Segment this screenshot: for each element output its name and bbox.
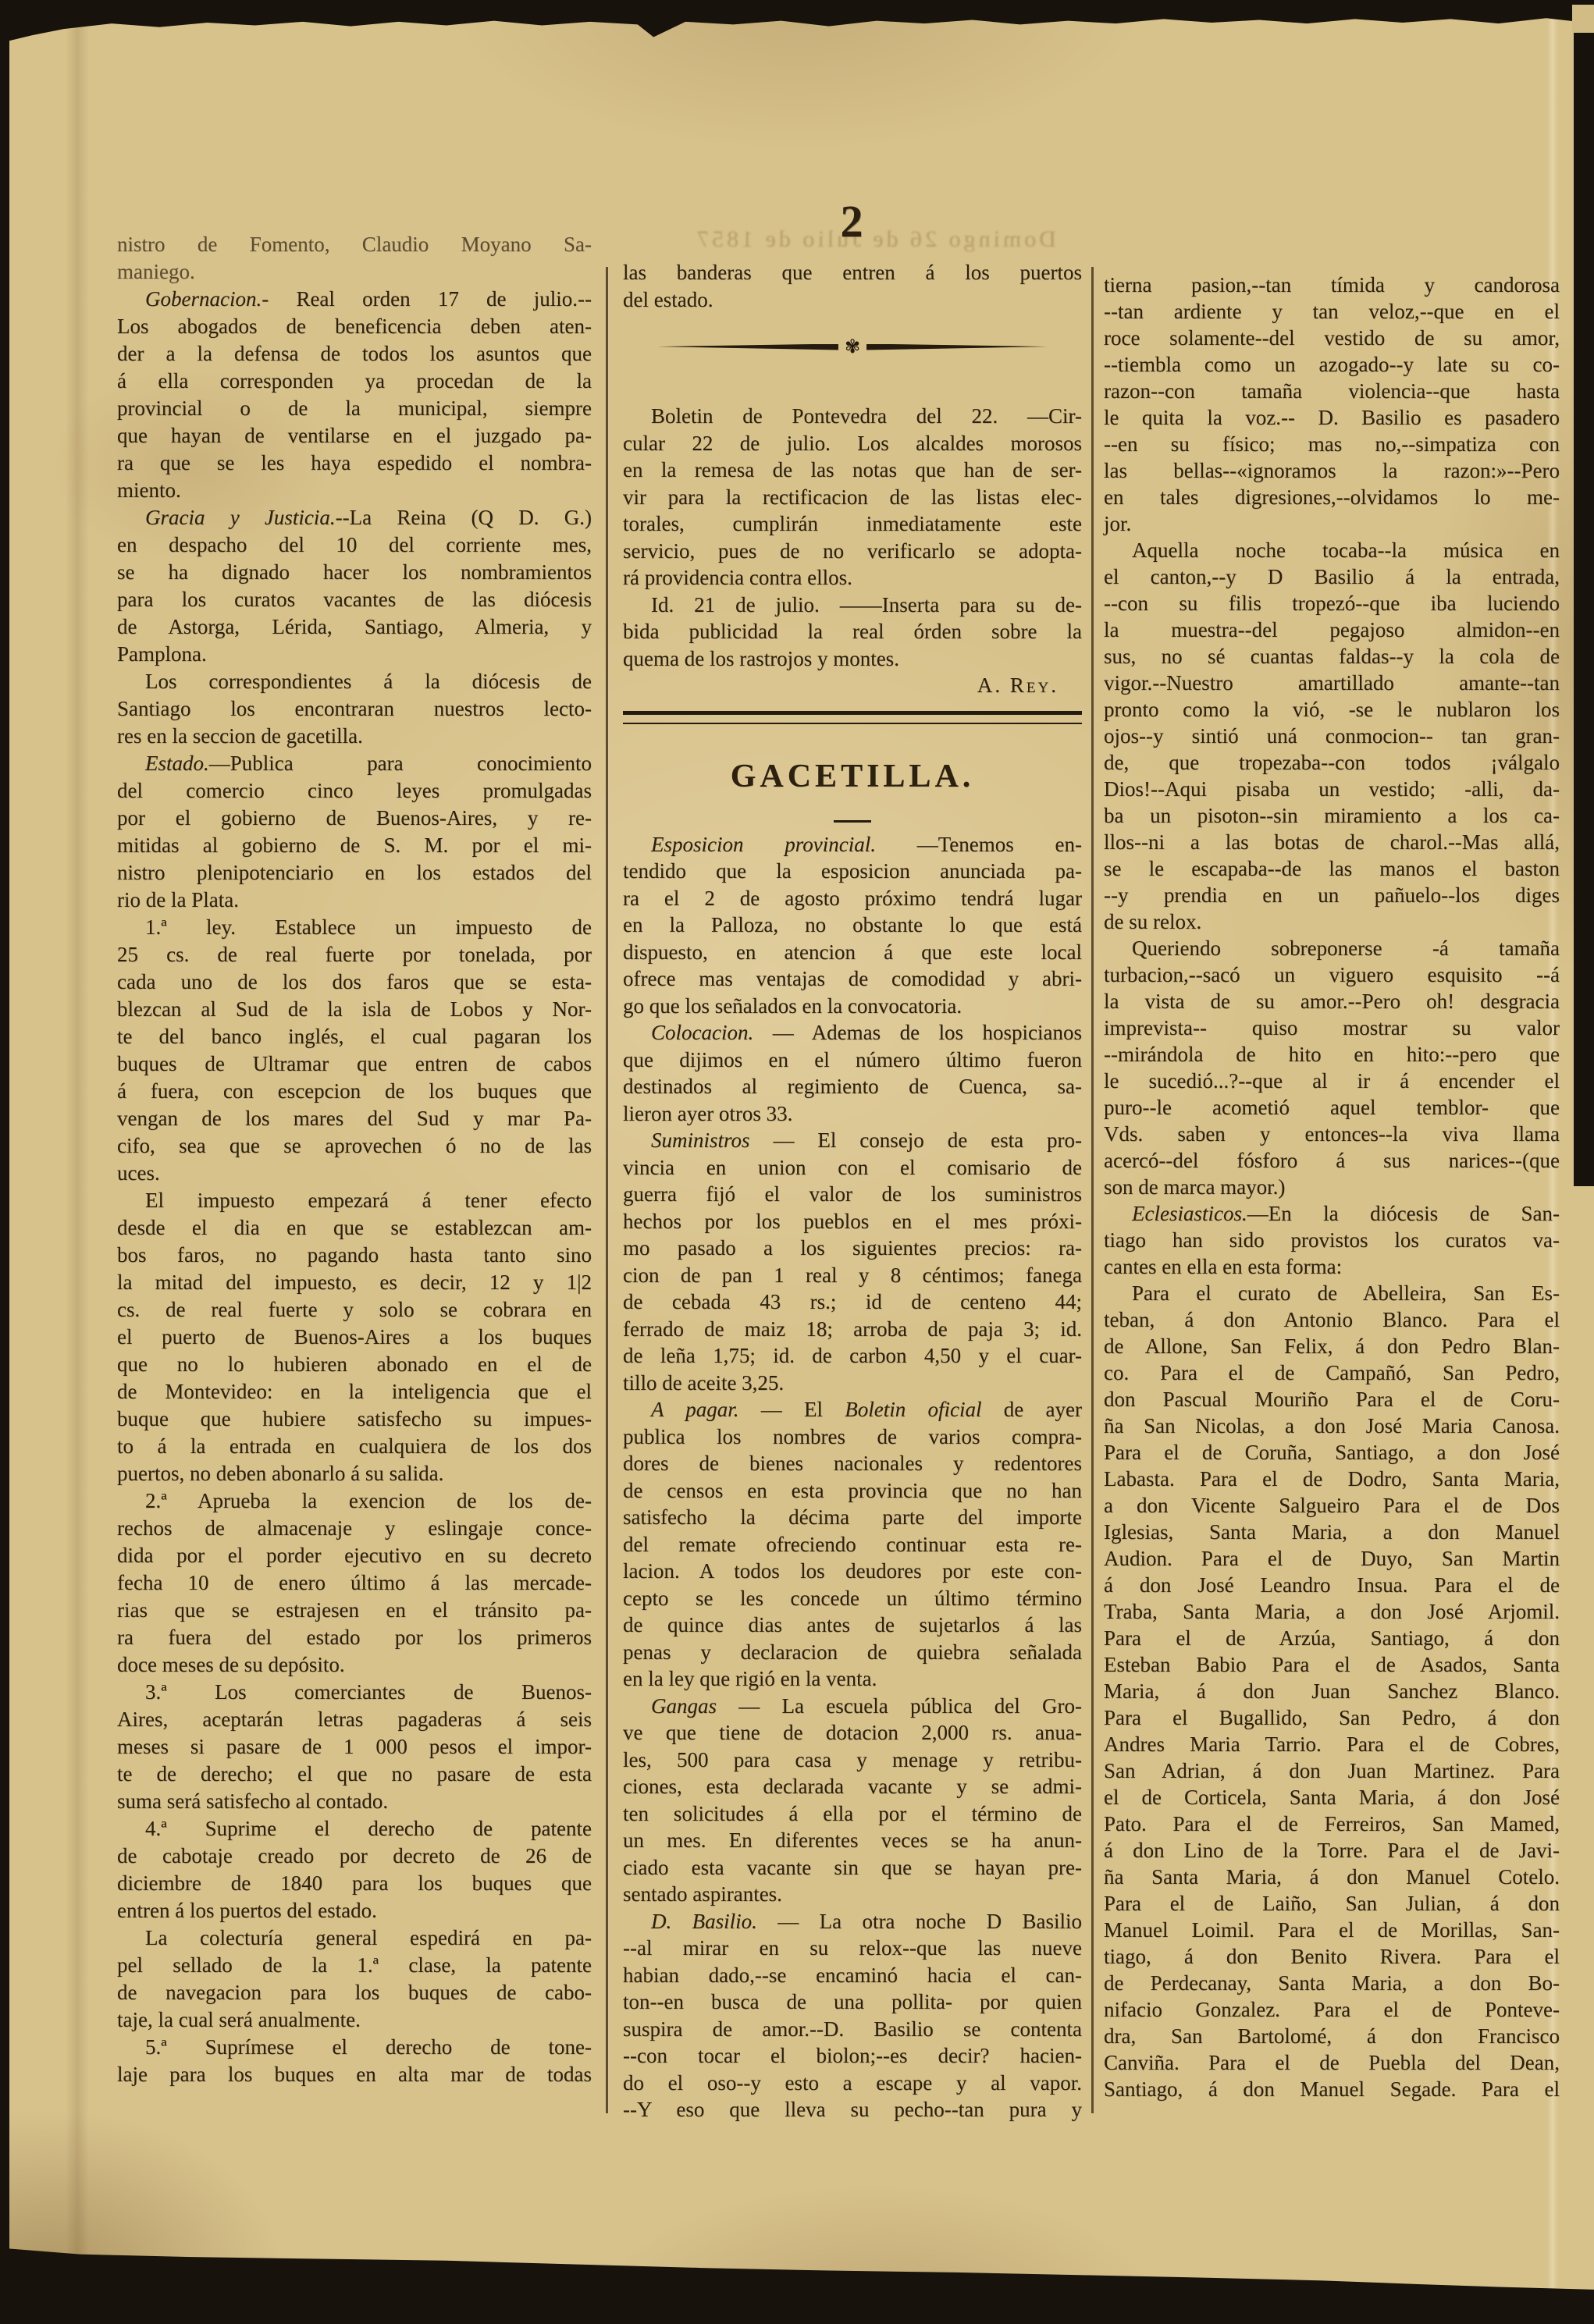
text-line: Id. 21 de julio. ——Inserta para su de- [623,592,1082,619]
text-line: Para el de Laiño, San Julian, á don [1104,1890,1560,1917]
text-line: dores de bienes nacionales y redentores [623,1450,1082,1477]
text-line: do el oso--y esto a escape y al vapor. [623,2070,1082,2097]
text-line: Estado.—Publica para conocimiento [117,750,592,777]
ornament-line-right [866,344,1048,350]
double-rule [623,711,1082,724]
text-line: de censos en esta provincia que no han [623,1477,1082,1505]
text-line: --con tocar el biolon;--es decir? hacien… [623,2042,1082,2070]
text-line: Colocacion. — Ademas de los hospicianos [623,1019,1082,1047]
text-line: Gracia y Justicia.--La Reina (Q D. G.) [117,504,592,531]
text-line: jor. [1104,510,1560,537]
byline: A. Rey. [623,672,1082,699]
text-line: --con su filis tropezó--que iba luciendo [1104,590,1560,617]
text-line: del comercio cinco leyes promulgadas [117,777,592,805]
text-line: vigor.--Nuestro amartillado amante--tan [1104,670,1560,696]
text-line: a don Vicente Salgueiro Para el de Dos [1104,1492,1560,1519]
text-line: La colecturía general espedirá en pa- [117,1924,592,1952]
text-line: miento. [117,477,592,504]
text-line: Esteban Babio Para el de Asados, Santa [1104,1651,1560,1678]
text-line: en tales digresiones,--olvidamos lo me- [1104,484,1560,510]
text-line: Pato. Para el de Ferreiros, San Mamed, [1104,1811,1560,1837]
text-line: en despacho del 10 del corriente mes, [117,531,592,559]
text-line: --tan ardiente y tan veloz,--que en el [1104,298,1560,325]
text-line: Suministros — El consejo de esta pro- [623,1127,1082,1154]
text-line: Santiago los encontraran nuestros lecto- [117,695,592,723]
text-line: Canviña. Para el de Puebla del Dean, [1104,2049,1560,2076]
text-line: de Perdecanay, Santa Maria, a don Bo- [1104,1970,1560,1996]
text-line: vincia en union con el comisario de [623,1154,1082,1182]
text-line: bos faros, no pagando hasta tanto sino [117,1242,592,1269]
text-line: mitidas al gobierno de S. M. por el mi- [117,832,592,859]
text-line: destinados al regimiento de Cuenca, sa- [623,1073,1082,1100]
text-line: ba un pisoton--sin miramiento a los ca- [1104,802,1560,829]
text-line: tendido que la esposicion anunciada pa- [623,858,1082,885]
rule2 [623,699,1082,739]
fold-shadow [66,0,89,2324]
text-line: tiago, á don Benito Rivera. Para el [1104,1943,1560,1970]
scanned-newspaper-page: Domingo 26 de Julio de 1857 nistro de Fo… [0,0,1594,2324]
text-line: les, 500 para casa y menage y retribu- [623,1747,1082,1774]
text-line: Para el de Coruña, Santiago, a don José [1104,1439,1560,1466]
text-line: servicio, pues de no verificarlo se adop… [623,538,1082,565]
column-divider-1 [606,267,608,2113]
scan-edge-left [0,0,9,2324]
text-line: ra que se les haya espedido el nombra- [117,450,592,477]
ornament-flower-icon: ✾ [845,338,860,357]
text-line: de Astorga, Lérida, Santiago, Almeria, y [117,613,592,641]
text-line: Iglesias, Santa Maria, a don Manuel [1104,1519,1560,1545]
text-line: pronto como la vió, -se le nublaron los [1104,696,1560,723]
text-line: desde el dia en que se establezcan am- [117,1214,592,1242]
text-line: der a la defensa de todos los asuntos qu… [117,340,592,368]
text-line: que no lo hubieren abonado en el de [117,1351,592,1378]
text-line: en la remesa de las notas que han de ser… [623,457,1082,484]
text-line: lieron ayer otros 33. [623,1100,1082,1128]
text-line: turbacion,--sacó un viguero esquisito --… [1104,961,1560,988]
text-line: --Y eso que lleva su pecho--tan pura y [623,2096,1082,2123]
text-line: en la ley que rigió en la venta. [623,1665,1082,1693]
text-line: nistro de Fomento, Claudio Moyano Sa- [117,231,592,258]
text-line: go que los señalados en la convocatoria. [623,993,1082,1020]
text-line: de su relox. [1104,908,1560,935]
column-left: nistro de Fomento, Claudio Moyano Sa-man… [117,231,592,2088]
text-line: laje para los buques en alta mar de toda… [117,2061,592,2088]
text-line: uces. [117,1160,592,1187]
text-line: cepto se les concede un último término [623,1585,1082,1612]
ornament: ✾ [657,336,1048,357]
text-line: bida publicidad la real órden sobre la [623,618,1082,645]
text-line: lacion. A todos los deudores por este co… [623,1558,1082,1585]
text-line: nistro plenipotenciario en los estados d… [117,859,592,887]
text-line: le quita la voz.-- D. Basilio es pasader… [1104,404,1560,431]
text-line: la mitad del impuesto, es decir, 12 y 1|… [117,1269,592,1296]
text-line: ojos--y sintió uná conmocion-- tan gran- [1104,723,1560,749]
text-line: las bellas--«ignoramos la razon:»--Pero [1104,457,1560,484]
text-line: ton--en busca de una pollita- por quien [623,1988,1082,2016]
text-line: roce solamente--del vestido de su amor, [1104,325,1560,351]
text-line: á fuera, con escepcion de los buques que [117,1078,592,1105]
adjacent-page-sliver [1572,5,1594,33]
text-line: dida por el porder ejecutivo en su decre… [117,1542,592,1569]
text-line: --tiembla como un azogado--y late su co- [1104,351,1560,378]
text-line: nifacio Gonzalez. Para el de Ponteve- [1104,1996,1560,2023]
text-line: Labasta. Para el de Dodro, Santa Maria, [1104,1466,1560,1492]
text-line: vir para la rectificacion de las listas … [623,484,1082,511]
text-line: tillo de aceite 3,25. [623,1370,1082,1397]
text-line: en la Palloza, no obstante lo que está [623,911,1082,939]
text-line: un mes. En diferentes veces se ha anun- [623,1827,1082,1854]
text-line: Para el curato de Abelleira, San Es- [1104,1280,1560,1306]
text-line: Boletin de Pontevedra del 22. —Cir- [623,403,1082,430]
text-line: quema de los rastrojos y montes. [623,645,1082,673]
text-line: sus, no sé cuantas faldas--y la cola de [1104,643,1560,670]
column-center: 2las banderas que entren á los puertosde… [623,184,1082,2123]
text-line: publica los nombres de varios compra- [623,1423,1082,1451]
text-line: ra el 2 de agosto próximo tendrá lugar [623,885,1082,912]
text-line: satisfecho la décima parte del importe [623,1504,1082,1531]
text-line: á don Lino de la Torre. Para el de Javi- [1104,1837,1560,1864]
text-line: de cebada 43 rs.; id de centeno 44; [623,1288,1082,1316]
text-line: ña San Nicolas, a don José Maria Canosa. [1104,1413,1560,1439]
dash [623,808,1082,831]
text-line: por el gobierno de Buenos-Aires, y re- [117,805,592,832]
text-line: cada uno de los dos faros que se esta- [117,968,592,996]
text-line: la vista de su amor.--Pero oh! desgracia [1104,988,1560,1015]
text-line: maniego. [117,258,592,286]
text-line: Queriendo sobreponerse -á tamaña [1104,935,1560,961]
text-line: puertos, no deben abonarlo á su salida. [117,1460,592,1487]
text-line: to á la entrada en cualquiera de los dos [117,1433,592,1460]
text-line: ten solicitudes á ella por el término de [623,1800,1082,1828]
ornament-line-left [657,344,838,350]
text-line: ciones, esta declarada vacante y se admi… [623,1773,1082,1800]
text-line: de leña 1,75; id. de carbon 4,50 y el cu… [623,1342,1082,1370]
text-line: el puerto de Buenos-Aires a los buques [117,1324,592,1351]
text-line: dispuesto, en atencion á que este local [623,939,1082,966]
text-line: imprevista-- quiso mostrar su valor [1104,1015,1560,1041]
text-line: para los curatos vacantes de las diócesi… [117,586,592,613]
text-line: don Pascual Mouriño Para el de Coru- [1104,1386,1560,1413]
text-line: diciembre de 1840 para los buques que [117,1870,592,1897]
text-line: cs. de real fuerte y solo se cobrara en [117,1296,592,1324]
text-line: vengan de los mares del Sud y mar Pa- [117,1105,592,1132]
text-line: Aquella noche tocaba--la música en [1104,537,1560,563]
text-line: el canton,--y D Basilio á la entrada, [1104,563,1560,590]
text-line: Dios!--Aqui pisaba un vestido; -alli, da… [1104,776,1560,802]
text-line: ofrece mas ventajas de comodidad y abri- [623,965,1082,993]
text-line: puro--le acometió aquel temblor- que [1104,1094,1560,1121]
text-line: que hayan de ventilarse en el juzgado pa… [117,422,592,450]
text-line: meses si pasare de 1 000 pesos el impor- [117,1733,592,1761]
pagenum: 2 [623,184,1082,259]
text-line: suma será satisfecho al contado. [117,1788,592,1815]
text-line: se le escapaba--de las manos el baston [1104,855,1560,882]
text-line: te del banco inglés, el cual pagaran los [117,1023,592,1050]
text-line: las banderas que entren á los puertos [623,259,1082,286]
text-line: Gobernacion.- Real orden 17 de julio.-- [117,286,592,313]
section-dash [834,820,871,823]
text-line: habian dado,--se encaminó hacia el can- [623,1962,1082,1989]
text-line: hechos por los pueblos en el mes próxi- [623,1208,1082,1235]
text-line: cion de pan 1 real y 8 céntimos; fanega [623,1262,1082,1289]
text-line: ve que tiene de dotacion 2,000 rs. anua- [623,1719,1082,1747]
text-line: Gangas — La escuela pública del Gro- [623,1693,1082,1720]
text-line: ferrado de maiz 18; arroba de paja 3; id… [623,1316,1082,1343]
text-line: dra, San Bartolomé, á don Francisco [1104,2023,1560,2049]
text-line: llos--ni a las botas de charol.--Mas all… [1104,829,1560,855]
text-line: el de Corticela, Santa Maria, á don José [1104,1784,1560,1811]
text-line: tiago han sido provistos los curatos va- [1104,1227,1560,1253]
text-line: 3.ª Los comerciantes de Buenos- [117,1679,592,1706]
text-line: de Montevideo: en la inteligencia que el [117,1378,592,1405]
text-line: Santiago, á don Manuel Segade. Para el [1104,2076,1560,2102]
text-line: rá providencia contra ellos. [623,564,1082,592]
text-line: sentado aspirantes. [623,1881,1082,1908]
text-line: le sucedió...?--que al ir á encender el [1104,1068,1560,1094]
text-line: El impuesto empezará á tener efecto [117,1187,592,1214]
text-line: Andres Maria Tarrio. Para el de Cobres, [1104,1731,1560,1757]
text-line: Traba, Santa Maria, a don José Arjomil. [1104,1598,1560,1625]
text-line: mo pasado a los siguientes precios: ra- [623,1235,1082,1262]
text-line: ciado esta vacante sin que se hayan pre- [623,1854,1082,1882]
text-line: cifo, sea que se aprovechen ó no de las [117,1132,592,1160]
scan-edge-right [1574,0,1594,1186]
text-line: Pamplona. [117,641,592,668]
text-line: Para el de Arzúa, Santiago, á don [1104,1625,1560,1651]
text-line: de navegacion para los buques de cabo- [117,1979,592,2006]
text-line: son de marca mayor.) [1104,1174,1560,1200]
text-line: 1.ª ley. Establece un impuesto de [117,914,592,941]
text-line: Manuel Loimil. Para el de Morillas, San- [1104,1917,1560,1943]
text-line: Los abogados de beneficencia deben aten- [117,313,592,340]
text-line: res en la seccion de gacetilla. [117,723,592,750]
text-line: Aires, aceptarán letras pagaderas á seis [117,1706,592,1733]
text-line: Para el Bugallido, San Pedro, á don [1104,1704,1560,1731]
column-right: tierna pasion,--tan tímida y candorosa--… [1104,272,1560,2102]
text-line: fecha 10 de enero último á las mercade- [117,1569,592,1597]
text-line: Los correspondientes á la diócesis de [117,668,592,695]
text-line: buques de Ultramar que entren de cabos [117,1050,592,1078]
text-line: --mirándola de hito en hito:--pero que [1104,1041,1560,1068]
text-line: entren á los puertos del estado. [117,1897,592,1924]
text-line: co. Para el de Campañó, San Pedro, [1104,1359,1560,1386]
text-line: Vds. saben y entonces--la viva llama [1104,1121,1560,1147]
text-line: ra fuera del estado por los primeros [117,1624,592,1651]
text-line: á ella corresponden ya procedan de la [117,368,592,395]
text-line: provincial o de la municipal, siempre [117,395,592,422]
text-line: San Adrian, á don Juan Martinez. Para [1104,1757,1560,1784]
heading: GACETILLA. [623,745,1082,808]
text-line: 5.ª Suprímese el derecho de tone- [117,2034,592,2061]
text-line: suspira de amor.--D. Basilio se contenta [623,2016,1082,2043]
text-line: te de derecho; el que no pasare de esta [117,1761,592,1788]
text-line: pel sellado de la 1.ª clase, la patente [117,1952,592,1979]
text-line: penas y declaracion de quiebra señalada [623,1639,1082,1666]
text-line: de Allone, San Felix, á don Pedro Blan- [1104,1333,1560,1359]
text-line: rechos de almacenaje y eslingaje conce- [117,1515,592,1542]
text-line: cular 22 de julio. Los alcaldes morosos [623,430,1082,457]
text-line: guerra fijó el valor de los suministros [623,1181,1082,1208]
text-line: blezcan al Sud de la isla de Lobos y Nor… [117,996,592,1023]
text-line: 2.ª Aprueba la exencion de los de- [117,1487,592,1515]
text-line: A pagar. — El Boletin oficial de ayer [623,1396,1082,1423]
text-line: del estado. [623,286,1082,314]
text-line: taje, la cual será anualmente. [117,2006,592,2034]
text-line: D. Basilio. — La otra noche D Basilio [623,1908,1082,1935]
text-line: torales, cumplirán inmediatamente este [623,510,1082,538]
text-line: Eclesiasticos.—En la diócesis de San- [1104,1200,1560,1227]
text-line: acercó--del fósforo á sus narices--(que [1104,1147,1560,1174]
text-line: 25 cs. de real fuerte por tonelada, por [117,941,592,968]
text-line: se ha dignado hacer los nombramientos [117,559,592,586]
text-line: Audion. Para el de Duyo, San Martin [1104,1545,1560,1572]
text-line: que dijimos en el número último fueron [623,1047,1082,1074]
text-line: 4.ª Suprime el derecho de patente [117,1815,592,1842]
text-line: de, que tropezaba--con todos ¡válgalo [1104,749,1560,776]
text-line: rio de la Plata. [117,887,592,914]
text-line: teban, á don Antonio Blanco. Para el [1104,1306,1560,1333]
text-line: --y prendia en un pañuelo--los diges [1104,882,1560,908]
text-line: á don José Leandro Insua. Para el de [1104,1572,1560,1598]
text-line: ña Santa Maria, á don Manuel Cotelo. [1104,1864,1560,1890]
text-line: del remate ofreciendo continuar esta re- [623,1531,1082,1558]
text-line: razon--con tamaña violencia--que hasta [1104,378,1560,404]
text-line: doce meses de su depósito. [117,1651,592,1679]
column-divider-2 [1091,267,1094,2113]
text-line: de quince dias antes de sujetarlos á las [623,1612,1082,1639]
text-line: Esposicion provincial. —Tenemos en- [623,831,1082,858]
text-line: rias que se estrajesen en el tránsito pa… [117,1597,592,1624]
text-line: --al mirar en su relox--que las nueve [623,1935,1082,1962]
text-line: --en su físico; mas no,--simpatiza con [1104,431,1560,457]
text-line: de cabotaje creado por decreto de 26 de [117,1842,592,1870]
text-line: tierna pasion,--tan tímida y candorosa [1104,272,1560,298]
text-line: buque que hubiere satisfecho su impues- [117,1405,592,1433]
text-line: Maria, á don Juan Sanchez Blanco. [1104,1678,1560,1704]
text-line: cantes en ella en esta forma: [1104,1253,1560,1280]
text-line: la muestra--del pegajoso almidon--en [1104,617,1560,643]
